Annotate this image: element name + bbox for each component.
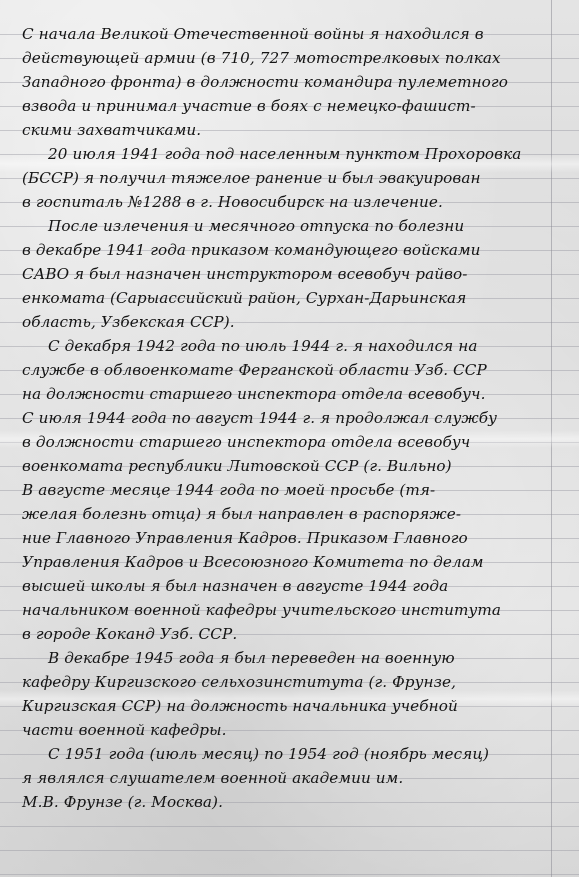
text-line: части военной кафедры. [22, 718, 552, 742]
text-line: высшей школы я был назначен в августе 19… [22, 574, 552, 598]
text-line: С 1951 года (июль месяц) по 1954 год (но… [22, 742, 552, 766]
text-line: взвода и принимал участие в боях с немец… [22, 94, 552, 118]
text-line: в городе Коканд Узб. ССР. [22, 622, 552, 646]
text-line: действующей армии (в 710, 727 мотострелк… [22, 46, 552, 70]
text-line: Управления Кадров и Всесоюзного Комитета… [22, 550, 552, 574]
text-line: С июля 1944 года по август 1944 г. я про… [22, 406, 552, 430]
text-line: скими захватчиками. [22, 118, 552, 142]
text-line: желая болезнь отца) я был направлен в ра… [22, 502, 552, 526]
text-line: военкомата республики Литовской ССР (г. … [22, 454, 552, 478]
text-line: После излечения и месячного отпуска по б… [22, 214, 552, 238]
document-page: С начала Великой Отечественной войны я н… [0, 0, 579, 877]
text-line: в госпиталь №1288 в г. Новосибирск на из… [22, 190, 552, 214]
text-line: на должности старшего инспектора отдела … [22, 382, 552, 406]
text-line: в должности старшего инспектора отдела в… [22, 430, 552, 454]
text-line: службе в облвоенкомате Ферганской област… [22, 358, 552, 382]
text-line: область, Узбекская ССР). [22, 310, 552, 334]
text-line: Западного фронта) в должности командира … [22, 70, 552, 94]
text-line: С начала Великой Отечественной войны я н… [22, 22, 552, 46]
text-line: (БССР) я получил тяжелое ранение и был э… [22, 166, 552, 190]
text-line: В декабре 1945 года я был переведен на в… [22, 646, 552, 670]
text-line: Киргизская ССР) на должность начальника … [22, 694, 552, 718]
text-line: В августе месяце 1944 года по моей прось… [22, 478, 552, 502]
text-line: енкомата (Сарыассийский район, Сурхан-Да… [22, 286, 552, 310]
text-line: я являлся слушателем военной академии им… [22, 766, 552, 790]
text-line: М.В. Фрунзе (г. Москва). [22, 790, 552, 814]
text-line: С декабря 1942 года по июль 1944 г. я на… [22, 334, 552, 358]
text-line: в декабре 1941 года приказом командующег… [22, 238, 552, 262]
text-line: кафедру Киргизского сельхозинститута (г.… [22, 670, 552, 694]
text-line: начальником военной кафедры учительского… [22, 598, 552, 622]
text-line: 20 июля 1941 года под населенным пунктом… [22, 142, 552, 166]
text-line: ние Главного Управления Кадров. Приказом… [22, 526, 552, 550]
text-line: САВО я был назначен инструктором всевобу… [22, 262, 552, 286]
handwritten-text: С начала Великой Отечественной войны я н… [22, 22, 552, 814]
